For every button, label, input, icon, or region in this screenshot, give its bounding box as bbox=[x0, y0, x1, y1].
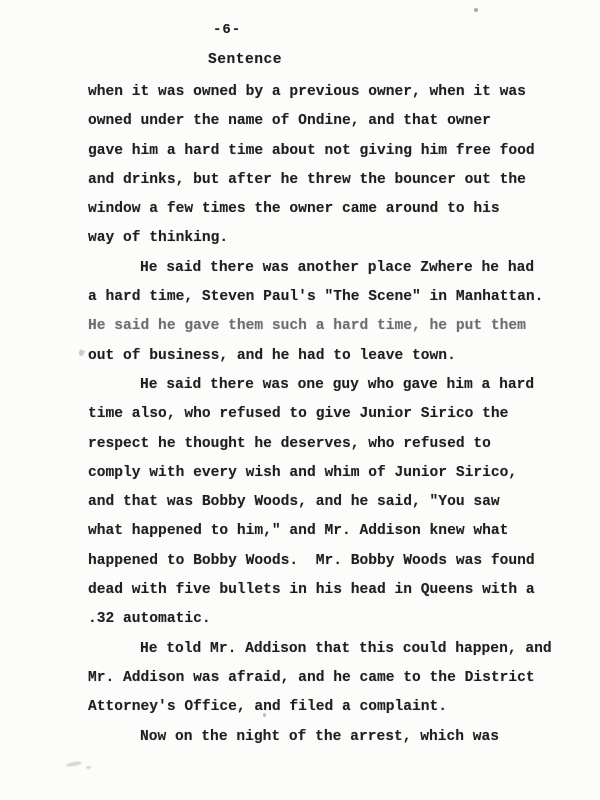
text-line: .32 automatic. bbox=[88, 605, 568, 634]
text-line: out of business, and he had to leave tow… bbox=[88, 342, 568, 371]
text-line: respect he thought he deserves, who refu… bbox=[88, 430, 568, 459]
text-line: time also, who refused to give Junior Si… bbox=[88, 400, 568, 429]
text-line: dead with five bullets in his head in Qu… bbox=[88, 576, 568, 605]
document-page: -6- Sentence when it was owned by a prev… bbox=[0, 0, 600, 800]
body-text: when it was owned by a previous owner, w… bbox=[88, 78, 568, 752]
scan-smudge bbox=[66, 761, 82, 768]
scan-speck bbox=[263, 713, 266, 717]
scan-smudge bbox=[86, 766, 91, 769]
text-line: way of thinking. bbox=[88, 224, 568, 253]
text-line: what happened to him," and Mr. Addison k… bbox=[88, 517, 568, 546]
text-line: a hard time, Steven Paul's "The Scene" i… bbox=[88, 283, 568, 312]
text-line: and that was Bobby Woods, and he said, "… bbox=[88, 488, 568, 517]
text-line: and drinks, but after he threw the bounc… bbox=[88, 166, 568, 195]
text-line: He told Mr. Addison that this could happ… bbox=[88, 635, 568, 664]
text-line: gave him a hard time about not giving hi… bbox=[88, 137, 568, 166]
text-line: Mr. Addison was afraid, and he came to t… bbox=[88, 664, 568, 693]
page-heading: Sentence bbox=[208, 52, 282, 68]
text-line: Attorney's Office, and filed a complaint… bbox=[88, 693, 568, 722]
scan-speck bbox=[78, 349, 85, 356]
scan-speck bbox=[474, 8, 478, 12]
page-number: -6- bbox=[213, 22, 241, 38]
text-line: comply with every wish and whim of Junio… bbox=[88, 459, 568, 488]
text-line: He said he gave them such a hard time, h… bbox=[88, 312, 568, 341]
text-line: happened to Bobby Woods. Mr. Bobby Woods… bbox=[88, 547, 568, 576]
text-line: He said there was another place Zwhere h… bbox=[88, 254, 568, 283]
text-line: when it was owned by a previous owner, w… bbox=[88, 78, 568, 107]
text-line: He said there was one guy who gave him a… bbox=[88, 371, 568, 400]
text-line: window a few times the owner came around… bbox=[88, 195, 568, 224]
text-line: owned under the name of Ondine, and that… bbox=[88, 107, 568, 136]
text-line: Now on the night of the arrest, which wa… bbox=[88, 723, 568, 752]
